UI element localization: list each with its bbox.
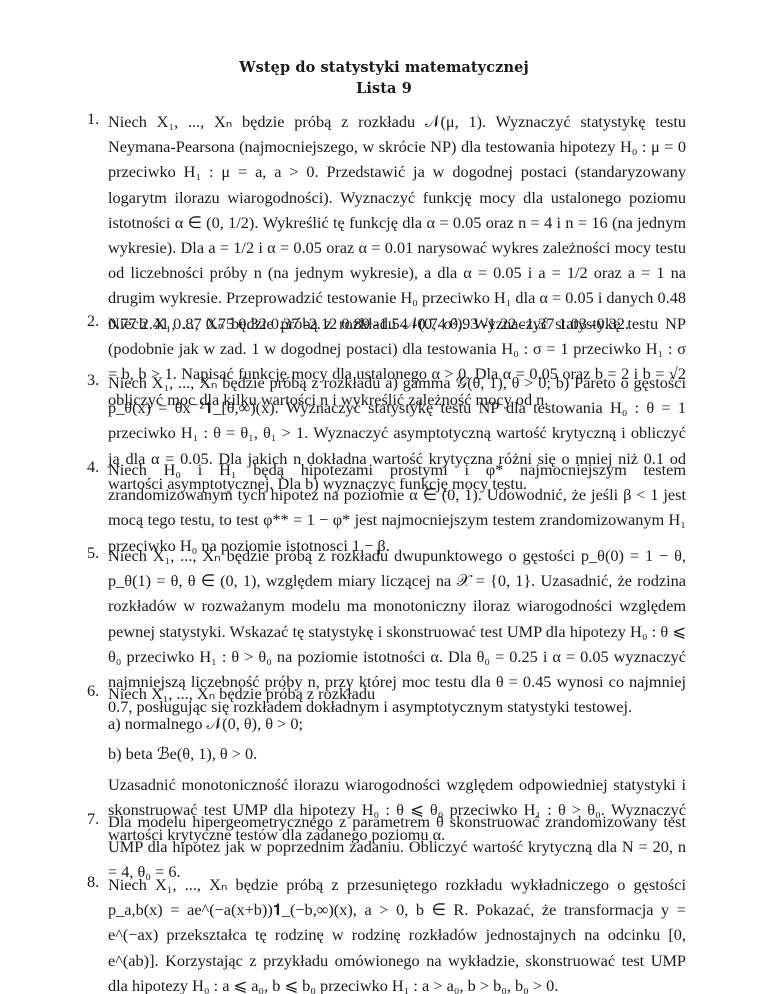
problem-text: Niech X₁, ..., Xₙ będzie próbą z rozkład… bbox=[108, 109, 686, 336]
problem-number: 2. bbox=[87, 311, 107, 331]
problem-intro: Niech X₁, ..., Xₙ będzie próbą z rozkład… bbox=[108, 681, 686, 706]
document-title: Wstęp do statystyki matematycznej bbox=[0, 59, 768, 76]
problem-subitem-b: b) beta ℬe(θ, 1), θ > 0. bbox=[108, 741, 686, 766]
problem-number: 6. bbox=[87, 681, 107, 701]
document-page: Wstęp do statystyki matematycznej Lista … bbox=[0, 0, 768, 994]
problem-number: 5. bbox=[87, 543, 107, 563]
document-subtitle: Lista 9 bbox=[0, 80, 768, 97]
problem-number: 4. bbox=[87, 457, 107, 477]
problem-number: 1. bbox=[87, 109, 107, 129]
problem-1: 1. Niech X₁, ..., Xₙ będzie próbą z rozk… bbox=[87, 109, 687, 336]
problem-subitem-a: a) normalnego 𝒩(0, θ), θ > 0; bbox=[108, 711, 686, 736]
problem-number: 3. bbox=[87, 370, 107, 390]
problem-8: 8. Niech X₁, ..., Xₙ będzie próbą z prze… bbox=[87, 872, 687, 994]
problem-text: Niech X₁, ..., Xₙ będzie próbą z przesun… bbox=[108, 872, 686, 994]
problem-number: 8. bbox=[87, 872, 107, 892]
problem-number: 7. bbox=[87, 809, 107, 829]
